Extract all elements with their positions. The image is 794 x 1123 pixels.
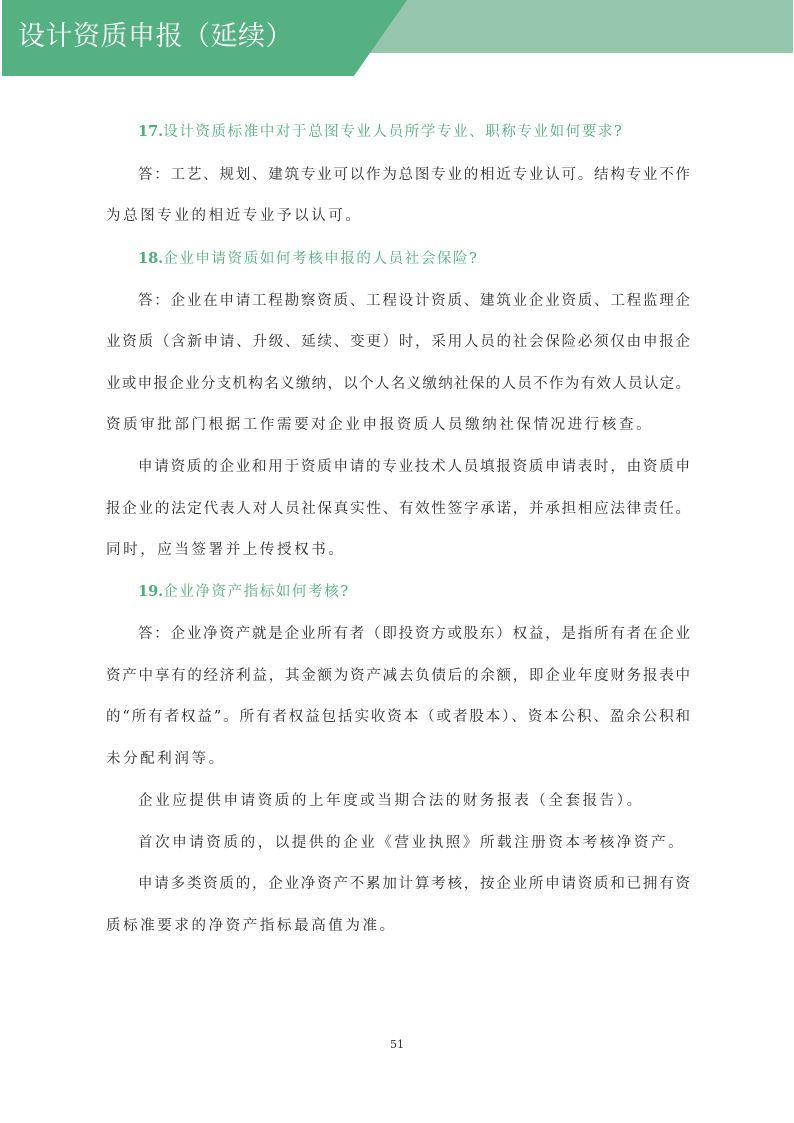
question-text: 企业申请资质如何考核申报的人员社会保险? (163, 251, 478, 267)
question-heading-18: 18.企业申请资质如何考核申报的人员社会保险? (106, 249, 690, 269)
question-text: 设计资质标准中对于总图专业人员所学专业、职称专业如何要求? (163, 124, 623, 140)
paragraph-line: 未分配利润等。 (106, 749, 690, 769)
paragraph-line: 企业应提供申请资质的上年度或当期合法的财务报表（全套报告）。 (106, 791, 690, 811)
question-number: 19. (138, 583, 163, 600)
paragraph-line: 答：企业在申请工程勘察资质、工程设计资质、建筑业企业资质、工程监理企 (106, 291, 690, 311)
question-heading-17: 17.设计资质标准中对于总图专业人员所学专业、职称专业如何要求? (106, 122, 690, 142)
question-text: 企业净资产指标如何考核? (163, 584, 349, 600)
paragraph-line: 首次申请资质的，以提供的企业《营业执照》所载注册资本考核净资产。 (106, 833, 690, 853)
paragraph-line: 业资质（含新申请、升级、延续、变更）时，采用人员的社会保险必须仅由申报企 (106, 332, 690, 352)
paragraph-line: 资产中享有的经济利益，其金额为资产减去负债后的余额，即企业年度财务报表中 (106, 666, 690, 686)
question-heading-19: 19.企业净资产指标如何考核? (106, 582, 690, 602)
paragraph-line: 申请资质的企业和用于资质申请的专业技术人员填报资质申请表时，由资质申 (106, 457, 690, 477)
question-number: 18. (138, 250, 163, 267)
question-number: 17. (138, 123, 163, 140)
paragraph-line: 答：企业净资产就是企业所有者（即投资方或股东）权益，是指所有者在企业 (106, 624, 690, 644)
header-band (360, 0, 793, 53)
paragraph-line: 报企业的法定代表人对人员社保真实性、有效性签字承诺，并承担相应法律责任。 (106, 499, 690, 519)
paragraph-line: 为总图专业的相近专业予以认可。 (106, 206, 690, 226)
paragraph-line: 答：工艺、规划、建筑专业可以作为总图专业的相近专业认可。结构专业不作 (106, 165, 690, 185)
paragraph-line: 的“所有者权益”。所有者权益包括实收资本（或者股本）、资本公积、盈余公积和 (106, 707, 690, 727)
paragraph-line: 申请多类资质的，企业净资产不累加计算考核，按企业所申请资质和已拥有资 (106, 874, 690, 894)
paragraph-line: 质标准要求的净资产指标最高值为准。 (106, 916, 690, 936)
paragraph-line: 同时，应当签署并上传授权书。 (106, 540, 690, 560)
paragraph-line: 资质审批部门根据工作需要对企业申报资质人员缴纳社保情况进行核查。 (106, 415, 690, 435)
paragraph-line: 业或申报企业分支机构名义缴纳，以个人名义缴纳社保的人员不作为有效人员认定。 (106, 374, 690, 394)
page-title: 设计资质申报（延续） (18, 19, 293, 55)
page-number: 51 (0, 1038, 794, 1051)
